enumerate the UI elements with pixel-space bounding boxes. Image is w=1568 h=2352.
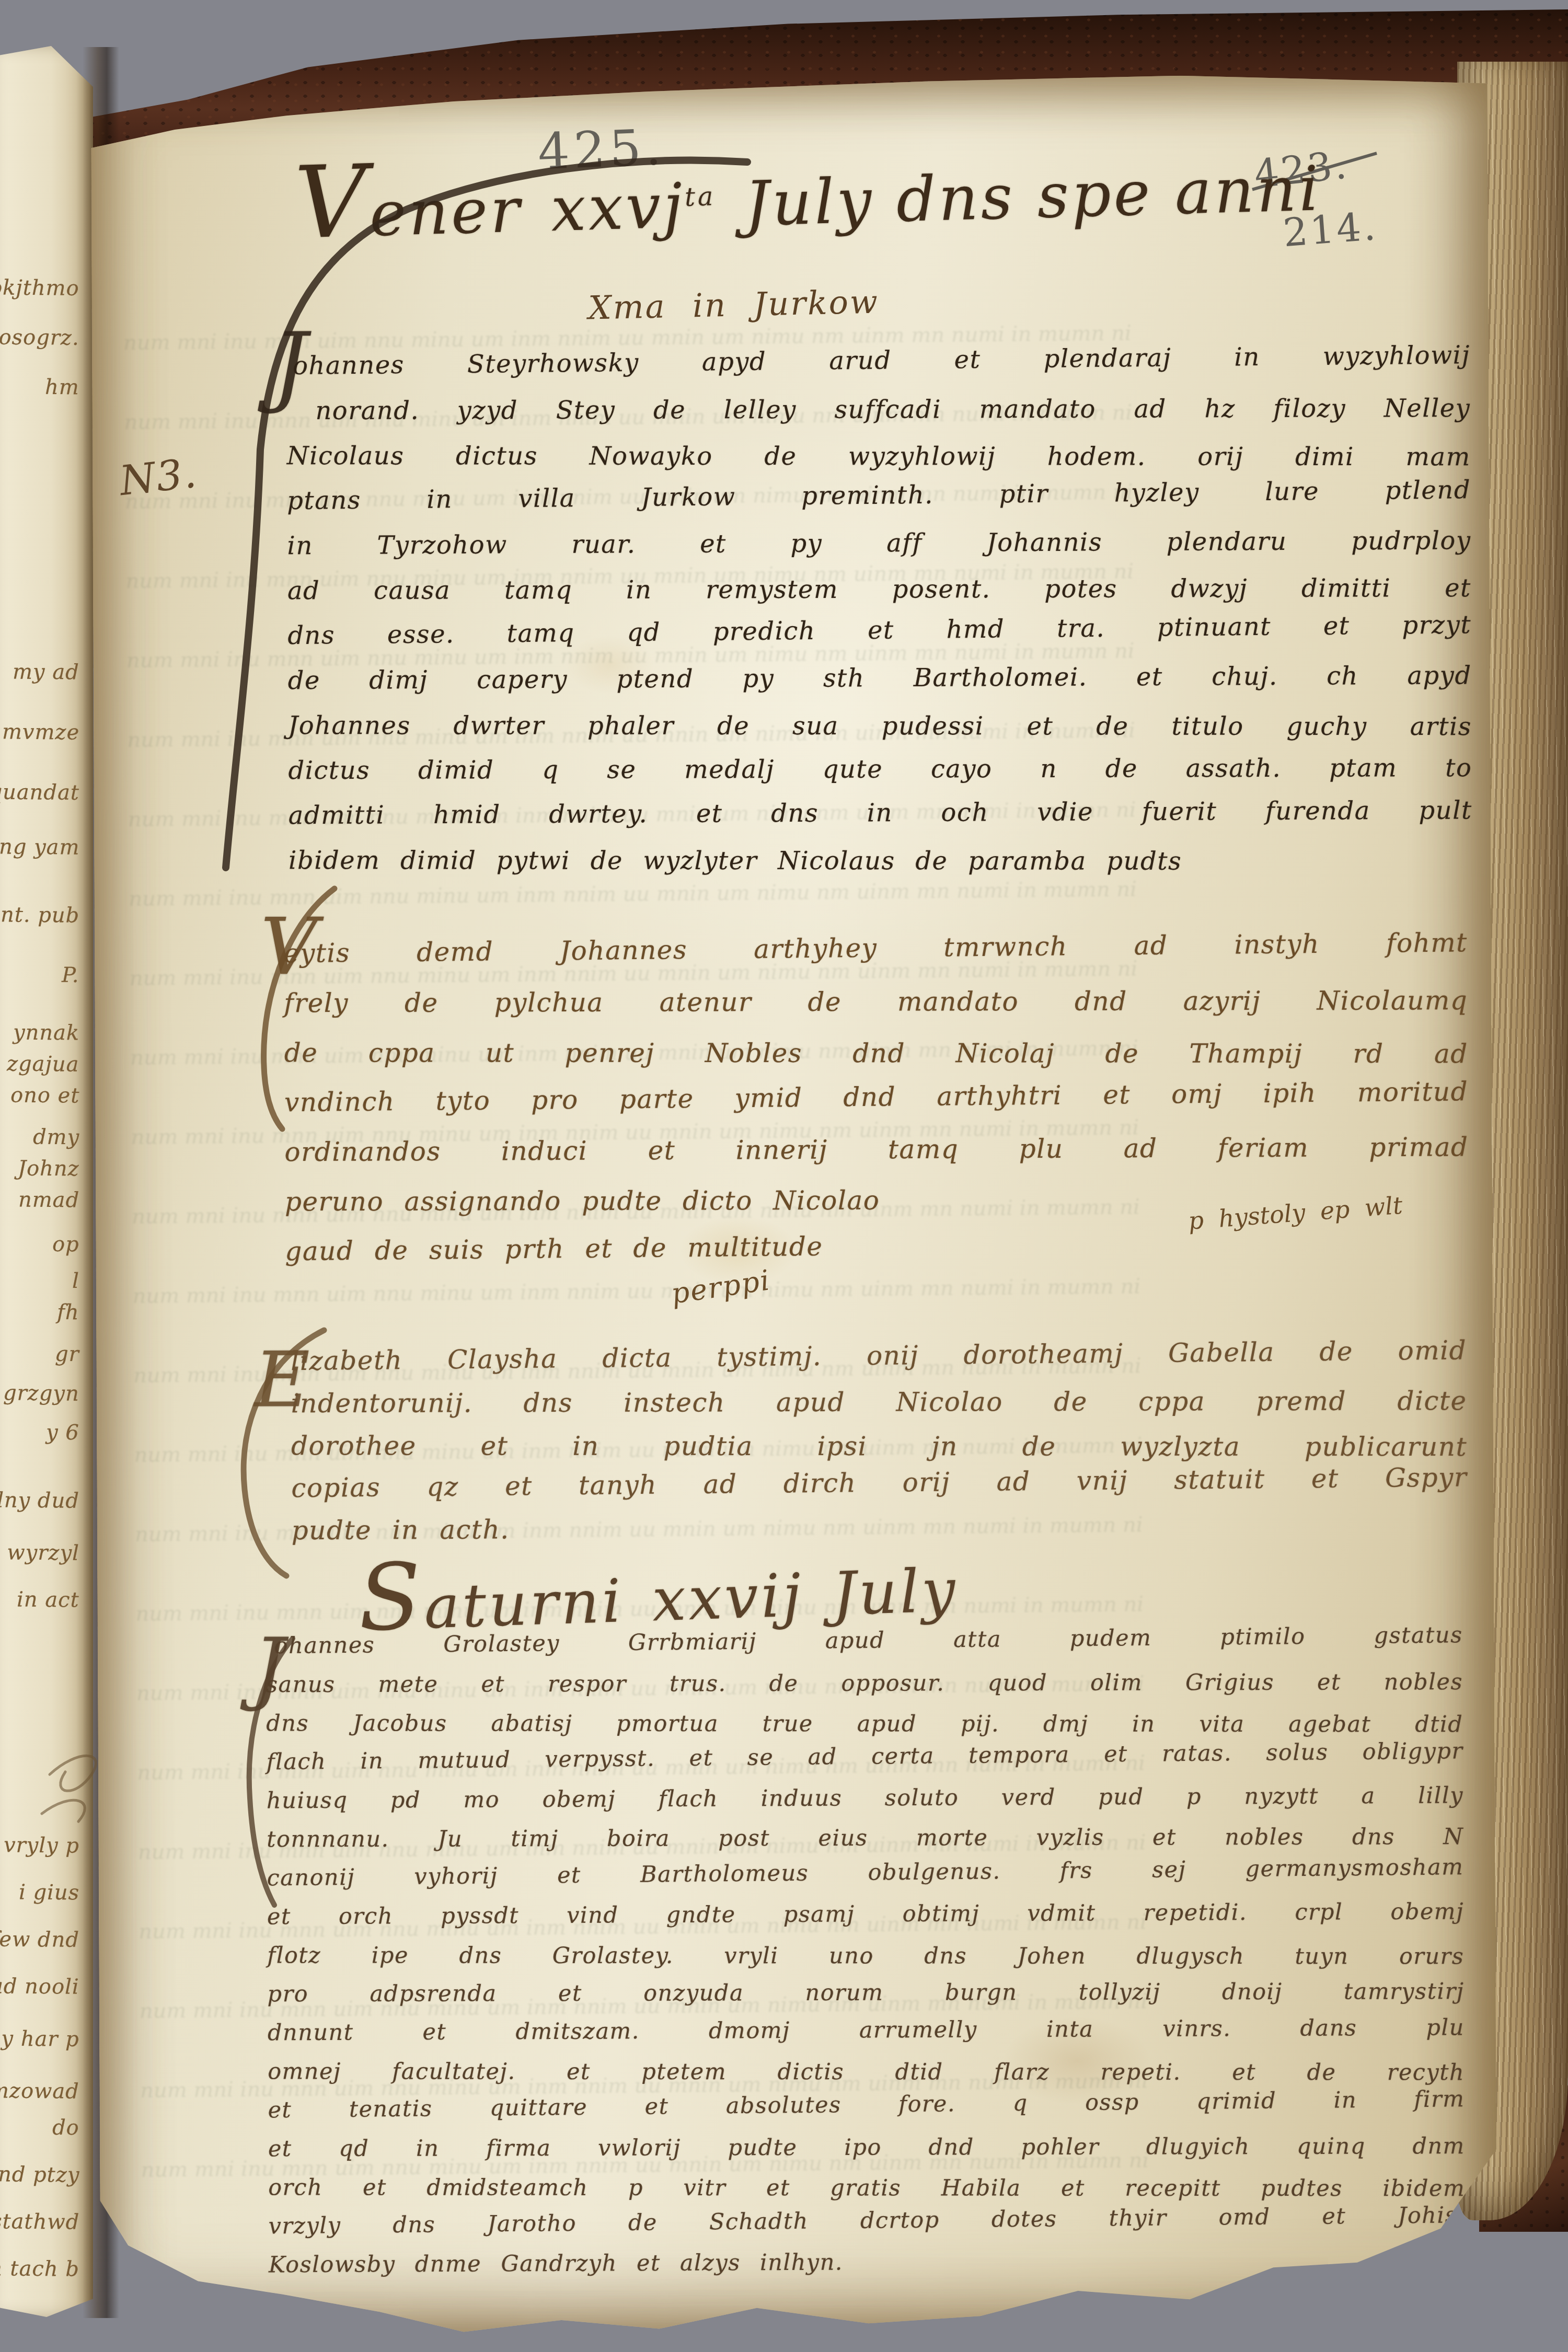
- handwritten-line: vndinch tyto pro parte ymid dnd arthyhtr…: [284, 1067, 1469, 1127]
- left-page-fragment: h tach b: [0, 2256, 79, 2281]
- handwritten-line: frely de pylchua atenur de mandato dnd a…: [284, 976, 1468, 1028]
- heading-initial: V: [293, 144, 371, 261]
- left-page-fragment: mzowad: [0, 2079, 79, 2104]
- left-page-fragment: ynnak: [13, 1020, 80, 1045]
- left-page-fragment: vryly p: [4, 1833, 79, 1858]
- entry-place-subheading: Xma in Jurkow: [588, 282, 880, 327]
- left-page-fragment: dmy: [33, 1125, 80, 1150]
- left-page-fragment: l: [72, 1269, 79, 1293]
- left-page-fragment: n wyrzyl: [0, 1540, 79, 1565]
- handwritten-line: in Tyrzohow ruar. et py aff Johannis ple…: [287, 518, 1471, 568]
- left-page-fragment: sfew dnd: [0, 1927, 79, 1952]
- handwritten-line: Johannes dwrter phaler de sua pudessi et…: [288, 703, 1472, 749]
- left-page-fragment: mvmze: [2, 720, 80, 744]
- left-page-fragment: fh: [57, 1300, 79, 1324]
- entry-record-3: lizabeth Claysha dicta tystimj. onij dor…: [291, 1335, 1468, 1552]
- left-page-fragment: y 6: [46, 1421, 79, 1445]
- manuscript-page: num mni inu mnn uim nnu minu um inm nnim…: [91, 74, 1497, 2336]
- photograph-backdrop: Rokjthmoxosogrz.hmmy admvmzeO quandatng …: [0, 0, 1568, 2352]
- left-page-fragment: stathwd: [0, 2209, 79, 2234]
- left-page-fragment: in act: [17, 1587, 79, 1612]
- left-page-fragment: ad nooli: [0, 1974, 79, 1999]
- margin-note-nb: N3.: [117, 449, 200, 505]
- handwritten-line: de dimj capery ptend py sth Bartholomei.…: [287, 653, 1471, 703]
- left-page-fragment: O quandat: [0, 780, 79, 805]
- left-page-fragment: nt. pub: [1, 903, 80, 927]
- handwritten-line: dictus dimid q se medalj qute cayo n de …: [288, 745, 1472, 793]
- left-page-fragment: i gius: [19, 1880, 80, 1905]
- left-page-fragment: do: [52, 2116, 79, 2140]
- handwritten-line: eytis demd Johannes arthyhey tmrwnch ad …: [283, 918, 1468, 978]
- left-page-edge: Rokjthmoxosogrz.hmmy admvmzeO quandatng …: [0, 46, 93, 2317]
- left-page-fragment: hm: [45, 375, 79, 400]
- entry-record-1: ohannes Steyrhowsky apyd arud et plendar…: [286, 338, 1472, 883]
- left-page-fragment: P.: [62, 963, 79, 987]
- left-page-fragment: nmad: [18, 1187, 80, 1212]
- left-page-fragment: Rokjthmo: [0, 275, 79, 301]
- left-page-fragment: nd ptzy: [0, 2162, 79, 2187]
- handwritten-line: admitti hmid dwrtey. et dns in och vdie …: [289, 788, 1472, 838]
- left-page-fragment: op: [52, 1232, 79, 1256]
- left-page-fragment: ono et: [10, 1083, 79, 1108]
- handwritten-line: huiusq pd mo obemj flach induus soluto v…: [267, 1776, 1463, 1820]
- left-page-fragment: xosogrz.: [0, 325, 79, 350]
- handwritten-line: dnnunt et dmitszam. dmomj arrumelly inta…: [268, 2008, 1465, 2052]
- left-page-fragment: olny dud: [0, 1488, 79, 1513]
- handwritten-line: pro adpsrenda et onzyuda norum burgn tol…: [267, 1972, 1464, 2013]
- handwritten-line: flotz ipe dns Grolastey. vryli uno dns J…: [267, 1936, 1464, 1976]
- left-page-fragment: my ad: [13, 660, 79, 684]
- handwritten-line: indentorunij. dns instech apud Nicolao d…: [291, 1380, 1467, 1425]
- left-page-fragment: grzgyn: [3, 1381, 79, 1405]
- handwritten-line: et qd in firma vwlorij pudte ipo dnd poh…: [268, 2127, 1465, 2168]
- left-page-fragment: pay har p: [0, 2026, 79, 2051]
- handwritten-line: ordinandos induci et innerij tamq plu ad…: [284, 1122, 1468, 1177]
- handwritten-line: ibidem dimid pytwi de wyzlyter Nicolaus …: [289, 838, 1472, 884]
- handwritten-line: pudte in acth.: [292, 1504, 1468, 1552]
- left-page-fragment: gr: [55, 1342, 79, 1366]
- entry-date-heading: VenerxxvjtaJuly dns spe anni: [294, 152, 1322, 252]
- left-page-fragment: Johnz: [18, 1156, 79, 1181]
- left-page-fragment: ng yam: [0, 835, 79, 859]
- entry-record-4: ohannes Grolastey Grrbmiarij apud atta p…: [266, 1621, 1466, 2284]
- handwritten-line: et orch pyssdt vind gndte psamj obtimj v…: [267, 1892, 1464, 1936]
- handwritten-line: norand. yzyd Stey de lelley suffcadi man…: [286, 386, 1470, 433]
- left-page-fragment: zgajua: [7, 1052, 79, 1076]
- handwritten-line: Koslowsby dnme Gandrzyh et alzys inlhyn.: [269, 2240, 1466, 2284]
- handwritten-line: sanus mete et respor trus. de opposur. q…: [266, 1663, 1463, 1704]
